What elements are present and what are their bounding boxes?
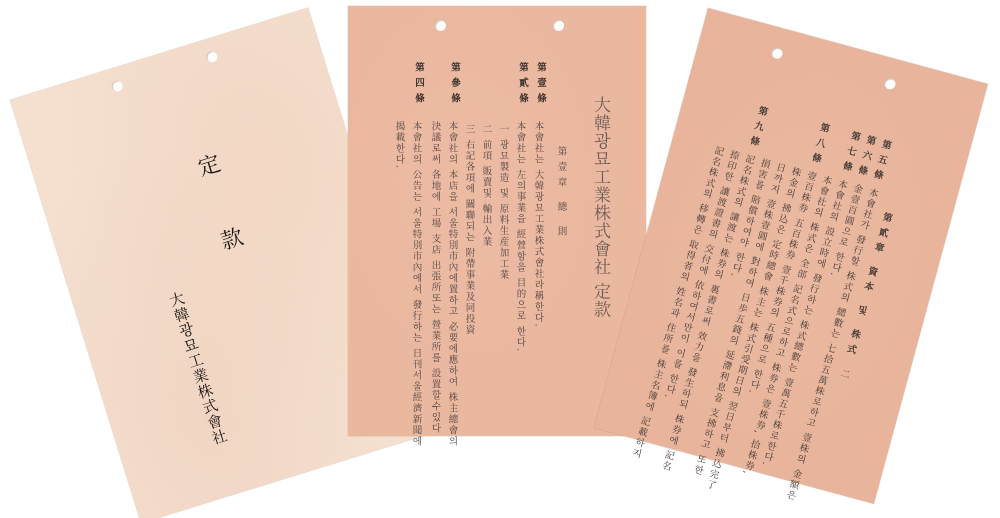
article-text: 本會社의 公告는 서울特別市內에서 發行하는 日刊서울經濟新聞에	[411, 121, 421, 447]
cover-title-char: 款	[217, 220, 247, 256]
punch-hole	[770, 46, 783, 59]
article-item: 二 前項 販賣및 輸出入業	[481, 124, 491, 248]
page-number: 二	[838, 367, 850, 380]
punch-hole	[553, 20, 564, 31]
article-label: 第貳條	[515, 62, 529, 109]
article-text: 決議로써 各地에 工場 支店 出張所또는 營業所를 設置할수있다	[430, 121, 440, 434]
cover-company-name: 大韓광묘工業株式會社	[166, 290, 228, 447]
punch-hole	[883, 77, 896, 90]
article-label: 第九條	[746, 105, 767, 152]
article-label: 第八條	[808, 121, 829, 168]
article-label: 第參條	[447, 62, 461, 109]
article-item: 三 右記各項에 關聯되는 附帶事業及同投資	[464, 124, 474, 336]
chapter1-page: 大韓광묘工業株式會社 定款 第壹章 總 則 第壹條 本會社는 大韓광묘工業株式會…	[348, 6, 646, 436]
article-label: 第四條	[411, 62, 425, 109]
chapter2-page: 第貳章 資本 및 株式 二 第五條 本會社가 發行할 株式의 總數는 七拾五萬株…	[594, 8, 988, 504]
article-text: 揭載한다.	[394, 121, 404, 170]
punch-hole	[435, 20, 446, 31]
article-label: 第壹條	[533, 62, 547, 109]
article-item: 一 광묘製造 및 原料生産加工業	[498, 124, 508, 281]
article-text: 本會社는 大韓광묘工業株式會社라稱한다.	[533, 121, 543, 328]
document-scene: 定 款 大韓광묘工業株式會社 大韓광묘工業株式會社 定款 第壹章 總 則 第壹條…	[0, 0, 1000, 518]
article-text: 本會社는 左의事業을 經營함을 目的으로 한다.	[515, 121, 525, 353]
cover-title-char: 定	[194, 146, 224, 182]
article-text: 本會社의 本店을 서울特別市內에置하고 必要에應하여 株主總會의	[447, 121, 457, 447]
punch-hole	[205, 50, 219, 64]
chapter-heading: 第壹章 總 則	[556, 146, 566, 242]
punch-hole	[110, 79, 124, 93]
document-title: 大韓광묘工業株式會社 定款	[588, 96, 613, 318]
